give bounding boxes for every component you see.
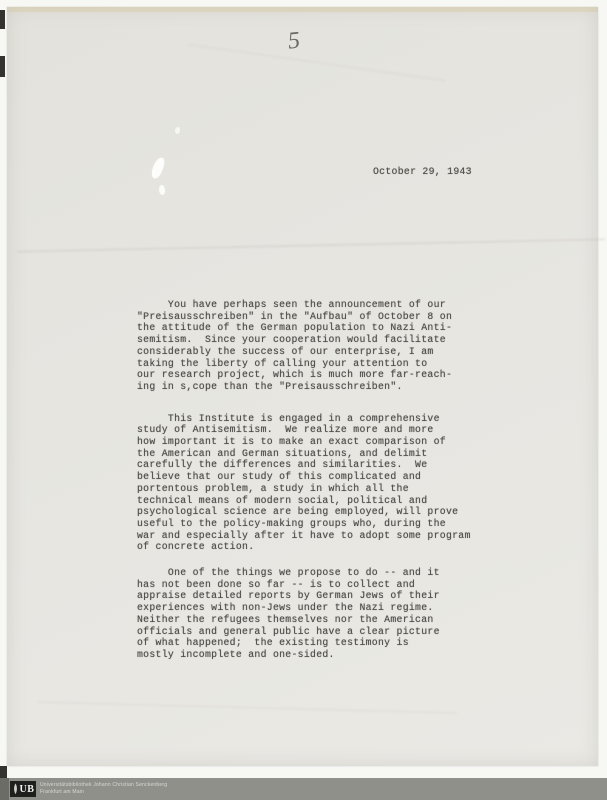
paper-blemish [150,156,166,180]
letter-paragraph: One of the things we propose to do -- an… [137,567,487,661]
letter-paragraph: This Institute is engaged in a comprehen… [137,413,487,553]
paper-crease [17,239,605,252]
paper-blemish [175,127,180,134]
library-name: Universitätsbibliothek Johann Christian … [40,782,167,789]
scanned-document-page: 5 October 29, 1943 You have perhaps seen… [0,0,607,800]
letter-body: You have perhaps seen the announcement o… [137,299,487,661]
letter-paragraph: You have perhaps seen the announcement o… [137,299,487,393]
library-footer-bar: UB Universitätsbibliothek Johann Christi… [0,778,607,800]
ub-logo: UB [10,781,36,797]
scan-edge-mark [0,10,5,29]
paper-crease [37,702,457,714]
paper-crease [188,44,446,81]
library-caption: Universitätsbibliothek Johann Christian … [40,782,167,796]
ub-logo-text: UB [20,784,35,795]
paper-blemish [158,184,166,195]
scan-edge-mark [0,56,5,77]
scan-edge-mark [0,766,7,778]
footer-left-edge [0,778,9,800]
library-location: Frankfurt am Main [40,789,167,796]
senckenberg-emblem-icon [12,783,19,795]
letter-date: October 29, 1943 [373,166,472,177]
